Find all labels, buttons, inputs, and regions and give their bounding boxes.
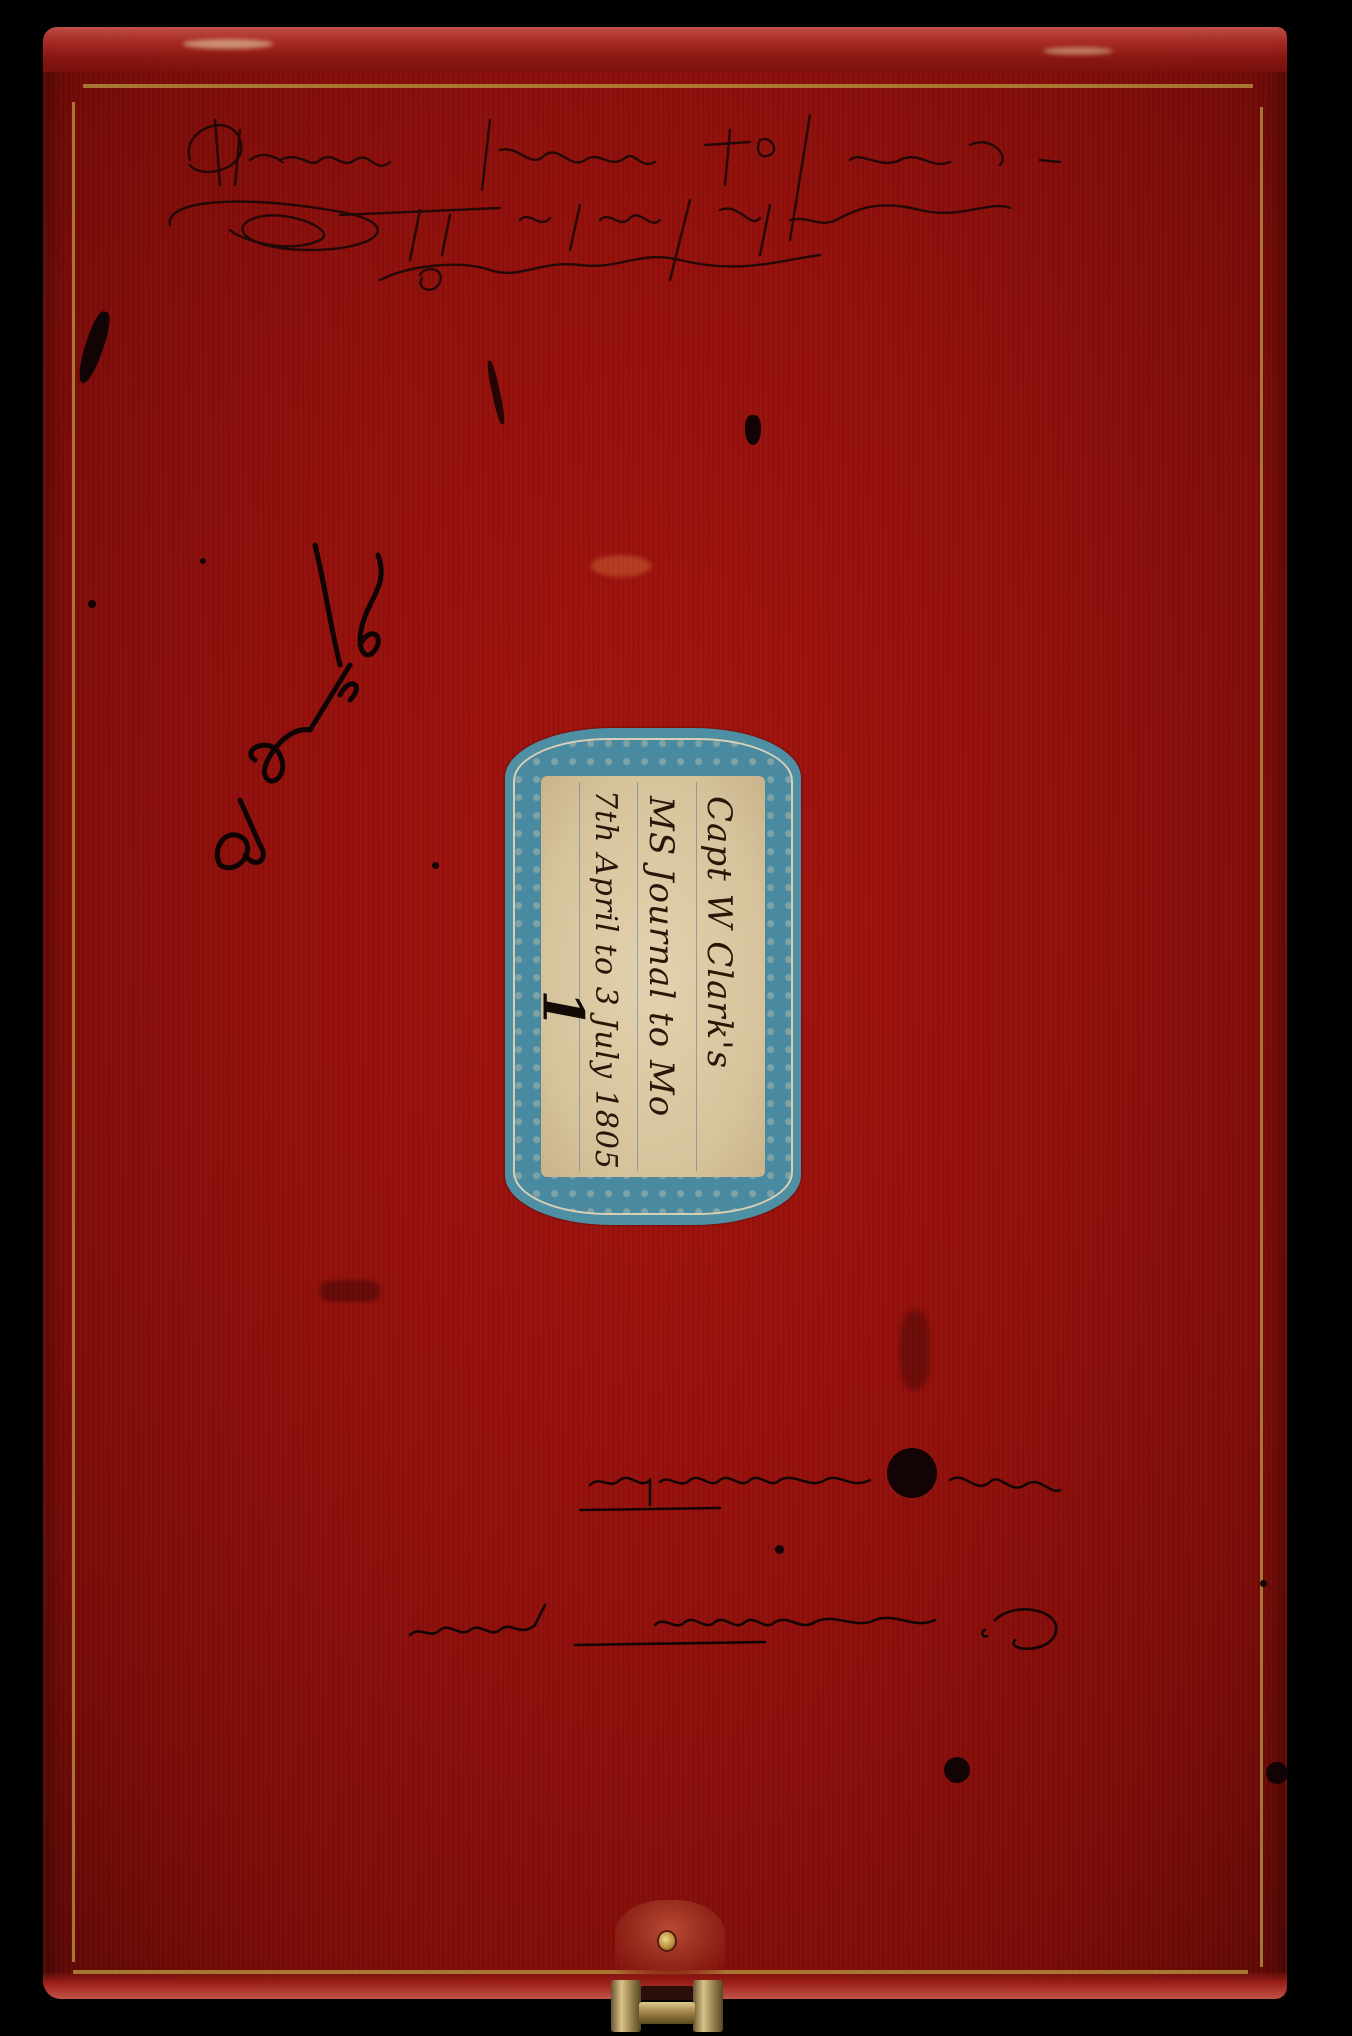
clasp-hinge [611,1980,723,2032]
ink-blot [1266,1762,1288,1784]
label-text: Capt W Clark's MS Journal to Mo 7th Apri… [541,776,765,1177]
ink-dot [88,600,96,608]
ink-blot [944,1757,970,1783]
gilt-border-right [1260,107,1263,1967]
gilt-border-top [83,84,1253,88]
left-margin-inscription [200,525,390,895]
ink-dot [432,862,439,869]
label-line-3: 7th April to 3 July 1805 [588,790,623,1170]
hinge-gap [641,1986,693,2000]
leather-scuff [183,39,273,49]
clasp-nail-icon [659,1932,675,1950]
photo-background: W Clarks Journal &c of to the 6 of July … [0,0,1352,2036]
pasted-label: Capt W Clark's MS Journal to Mo 7th Apri… [505,728,801,1225]
ink-blot [745,415,761,445]
label-line-1: Capt W Clark's [699,796,739,1069]
hinge-pin [639,2002,695,2024]
ink-dot [775,1545,784,1554]
hinge-knuckle [611,1980,641,2032]
leather-scuff [591,555,651,577]
top-inscription [160,90,1220,320]
inverted-inscription-grandmother [395,1590,1075,1660]
inverted-inscription-memorandum [570,1450,1070,1530]
hinge-knuckle [693,1980,723,2032]
leather-scuff [1043,47,1113,55]
label-paper: Capt W Clark's MS Journal to Mo 7th Apri… [541,776,765,1177]
gilt-border-left [72,102,75,1962]
ink-smudge [320,1280,380,1302]
ink-dot [1260,1580,1267,1587]
label-volume-number: 1 [529,990,595,1029]
ink-smudge [900,1310,930,1390]
label-line-2: MS Journal to Mo [641,796,681,1117]
